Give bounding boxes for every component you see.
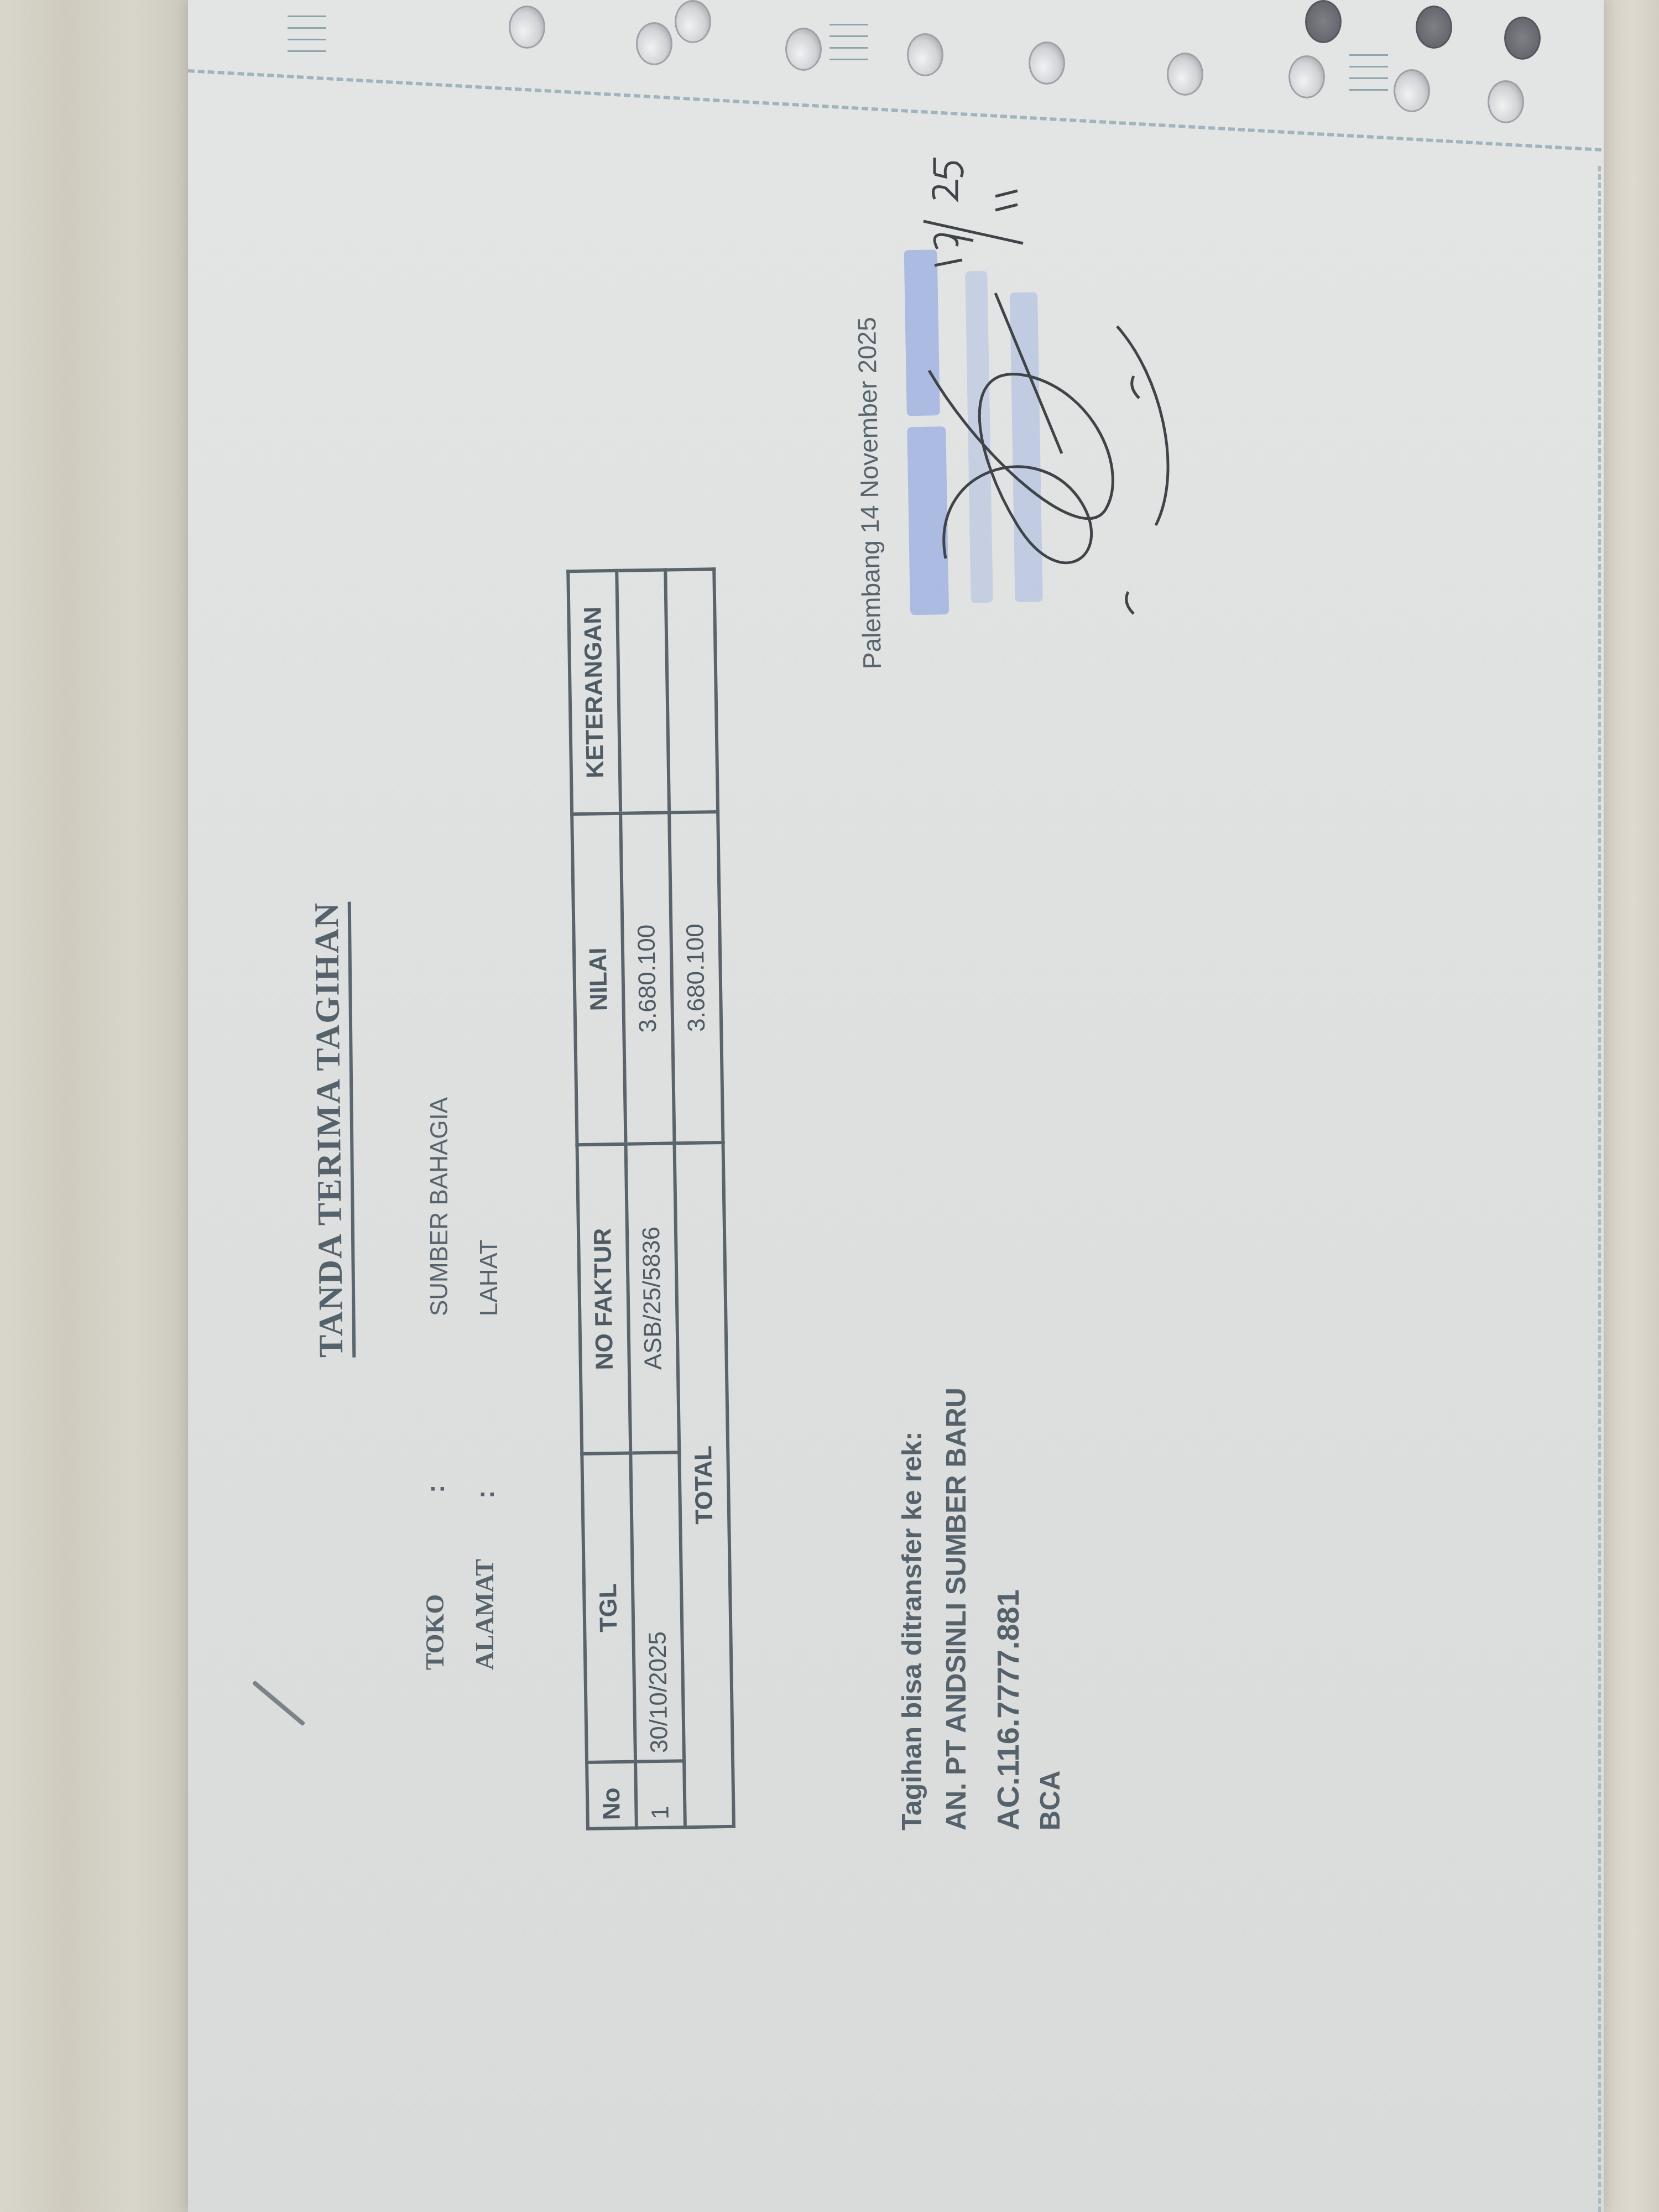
invoice-table: No TGL NO FAKTUR NILAI KETERANGAN 1 30/1… [566, 567, 735, 1830]
header-no-faktur: NO FAKTUR [577, 1144, 631, 1454]
toko-separator: : [420, 1485, 450, 1493]
handwritten-date [912, 133, 1034, 276]
payment-account-name: AN. PT ANDSINLI SUMBER BARU [940, 1387, 972, 1830]
cell-no-faktur: ASB/25/5836 [626, 1144, 680, 1453]
toko-value: SUMBER BAHAGIA [426, 1097, 453, 1316]
header-keterangan: KETERANGAN [568, 571, 620, 815]
toko-label: TOKO [420, 1594, 450, 1670]
cell-keterangan [617, 570, 669, 813]
payment-instruction: Tagihan bisa ditransfer ke rek: [896, 1431, 928, 1830]
document-title: TANDA TERIMA TAGIHAN [307, 901, 356, 1358]
cell-tgl: 30/10/2025 [630, 1452, 684, 1762]
header-tgl: TGL [582, 1453, 635, 1763]
payment-account-number: AC.116.7777.881 [990, 1589, 1026, 1830]
cell-nilai: 3.680.100 [620, 813, 674, 1144]
place-and-date: Palembang 14 November 2025 [852, 317, 887, 670]
header-nilai: NILAI [572, 813, 625, 1145]
header-no: No [587, 1762, 637, 1829]
alamat-label: ALAMAT [470, 1559, 499, 1670]
payment-bank: BCA [1034, 1771, 1066, 1830]
alamat-separator: : [470, 1490, 500, 1499]
total-label: TOTAL [675, 1142, 734, 1827]
total-keterangan [665, 569, 718, 813]
invoice-receipt-document: TANDA TERIMA TAGIHAN TOKO : ALAMAT : SUM… [0, 0, 1659, 2212]
staple-mark [252, 1680, 305, 1726]
total-value: 3.680.100 [669, 812, 723, 1144]
cell-no: 1 [635, 1761, 685, 1828]
alamat-value: LAHAT [476, 1239, 503, 1316]
